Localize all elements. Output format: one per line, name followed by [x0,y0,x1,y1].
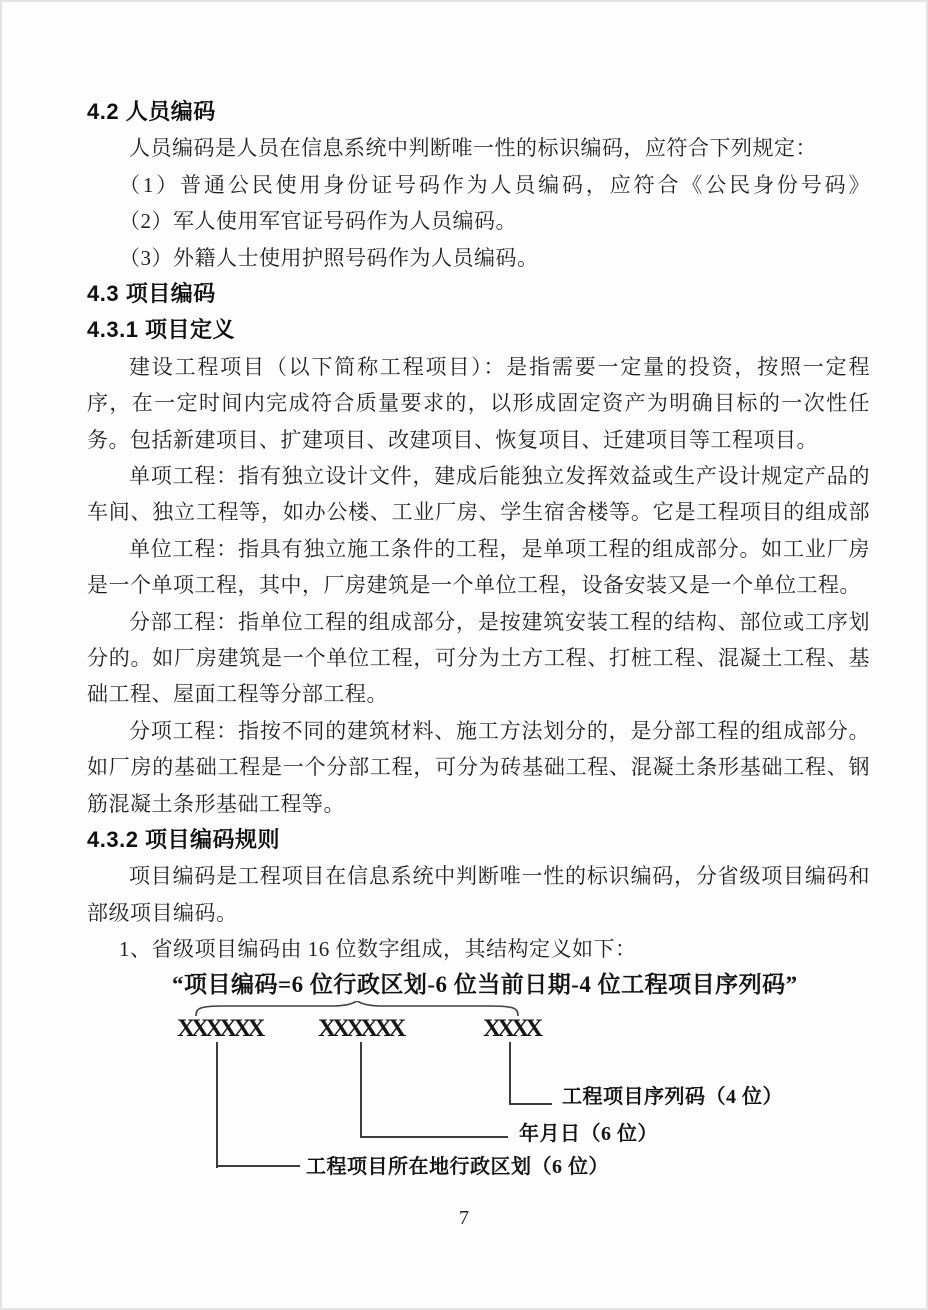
code-segment-date: XXXXXX [318,1016,402,1042]
connector-line-serial [509,1042,511,1105]
code-segment-serial: XXXX [483,1016,539,1042]
label-serial-code: 工程项目序列码（4 位） [562,1084,783,1110]
paragraph-single-project: 单项工程：指有独立设计文件，建成后能独立发挥效益或生产设计规定产品的车间、独立工… [87,458,870,531]
paragraph-coding-rule-intro: 项目编码是工程项目在信息系统中判断唯一性的标识编码，分省级项目编码和部级项目编码… [87,858,870,931]
connector-line-date-horizontal [360,1136,508,1138]
connector-line-serial-horizontal [509,1103,552,1105]
label-date-code: 年月日（6 位） [519,1121,658,1147]
list-item-rule-2: （2）军人使用军官证号码作为人员编码。 [87,203,870,239]
connector-line-region [216,1042,218,1168]
code-segment-region: XXXXXX [177,1016,261,1042]
document-page: 4.2 人员编码 人员编码是人员在信息系统中判断唯一性的标识编码，应符合下列规定… [0,0,928,1310]
paragraph-personnel-intro: 人员编码是人员在信息系统中判断唯一性的标识编码，应符合下列规定： [87,130,870,166]
project-code-structure-diagram: “项目编码=6 位行政区划-6 位当前日期-4 位工程项目序列码” XXXXXX… [2,962,928,1222]
document-body: 4.2 人员编码 人员编码是人员在信息系统中判断唯一性的标识编码，应符合下列规定… [87,94,870,967]
label-region-code: 工程项目所在地行政区划（6 位） [306,1154,609,1180]
heading-4-3-1: 4.3.1 项目定义 [87,312,870,348]
heading-4-3: 4.3 项目编码 [87,276,870,312]
paragraph-item-project: 分项工程：指按不同的建筑材料、施工方法划分的，是分部工程的组成部分。如厂房的基础… [87,713,870,822]
paragraph-division-project: 分部工程：指单位工程的组成部分，是按建筑安装工程的结构、部位或工序划分的。如厂房… [87,604,870,713]
connector-line-region-horizontal [216,1165,300,1167]
list-item-rule-1: （1）普通公民使用身份证号码作为人员编码，应符合《公民身份号码》GB11643 … [87,167,870,203]
connector-line-date [360,1042,362,1138]
heading-4-3-2: 4.3.2 项目编码规则 [87,822,870,858]
page-number: 7 [2,1207,926,1230]
code-formula: “项目编码=6 位行政区划-6 位当前日期-4 位工程项目序列码” [172,966,798,999]
paragraph-project-definition: 建设工程项目（以下简称工程项目）：是指需要一定量的投资，按照一定程序，在一定时间… [87,349,870,458]
list-item-rule-3: （3）外籍人士使用护照号码作为人员编码。 [87,240,870,276]
heading-4-2: 4.2 人员编码 [87,94,870,130]
paragraph-unit-project: 单位工程：指具有独立施工条件的工程，是单项工程的组成部分。如工业厂房是一个单项工… [87,531,870,604]
